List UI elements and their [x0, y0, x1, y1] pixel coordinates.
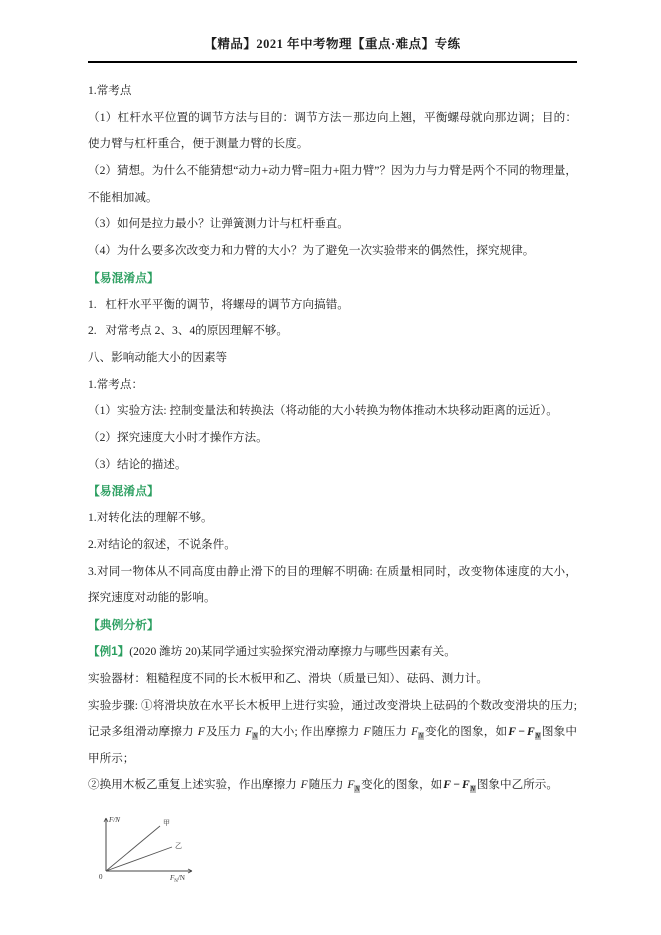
line-jia-label: 甲 — [163, 819, 170, 827]
math-token: FN — [461, 778, 477, 791]
example1-label: 【例1】 — [88, 645, 129, 658]
dianli-title: 【典例分析】 — [88, 612, 577, 639]
math-token: F — [442, 778, 452, 791]
math-subscript: N — [418, 732, 424, 740]
kaodian2-title: 1.常考点： — [88, 372, 577, 399]
text-segment: 图象中乙所示。 — [477, 778, 558, 791]
math-token: F — [197, 725, 206, 738]
yihun2-item: 2.对结论的叙述，不说条件。 — [88, 532, 577, 559]
kaodian1-item: （1）杠杆水平位置的调节方法与目的：调节方法－那边向上翘，平衡螺母就向那边调；目… — [88, 105, 577, 158]
y-axis-label: F/N — [108, 816, 120, 824]
yihun2-title: 【易混淆点】 — [88, 478, 577, 505]
kaodian1-item: （2）猜想。为什么不能猜想“动力+动力臂=阻力+阻力臂”？因为力与力臂是两个不同… — [88, 158, 577, 211]
math-token: FN — [346, 778, 361, 791]
document-title: 【精品】2021 年中考物理【重点·难点】专练 — [204, 37, 460, 51]
friction-graph-figure: 0 F/N FN/N 甲 乙 — [92, 811, 577, 894]
example1-intro: (2020 潍坊 20)某同学通过实验探究滑动摩擦力与哪些因素有关。 — [129, 645, 456, 658]
document-body: 1.常考点 （1）杠杆水平位置的调节方法与目的：调节方法－那边向上翘，平衡螺母就… — [88, 78, 577, 894]
math-subscript: N — [252, 732, 258, 740]
kaodian1-item: （3）如何是拉力最小？让弹簧测力计与杠杆垂直。 — [88, 211, 577, 238]
math-subscript: N — [535, 732, 541, 740]
line-jia — [106, 826, 160, 871]
math-subscript: N — [470, 785, 476, 793]
friction-graph: 0 F/N FN/N 甲 乙 — [92, 811, 202, 883]
text-segment: 随压力 — [309, 778, 347, 791]
x-axis-label: FN/N — [169, 874, 185, 883]
text-segment: 随压力 — [372, 725, 410, 738]
text-segment: 变化的图象，如 — [425, 725, 507, 738]
kaodian2-item: （2）探究速度大小时才操作方法。 — [88, 425, 577, 452]
math-token: FN — [410, 725, 425, 738]
text-segment: ②换用木板乙重复上述实验，作出摩擦力 — [88, 778, 300, 791]
yihun1-item: 2. 对常考点 2、3、4的原因理解不够。 — [88, 318, 577, 345]
example1-step1: 实验步骤: ①将滑块放在水平长木板甲上进行实验，通过改变滑块上砝码的个数改变滑块… — [88, 693, 577, 773]
math-token: FN — [244, 725, 259, 738]
math-subscript: N — [354, 785, 360, 793]
math-token: F — [300, 778, 309, 791]
text-segment: 的大小; 作出摩擦力 — [259, 725, 362, 738]
line-yi-label: 乙 — [175, 842, 182, 850]
yihun2-item: 1.对转化法的理解不够。 — [88, 505, 577, 532]
kaodian2-item: （3）结论的描述。 — [88, 452, 577, 479]
yihun2-item: 3.对同一物体从不同高度由静止滑下的目的理解不明确: 在质量相同时，改变物体速度… — [88, 559, 577, 612]
math-token: − — [517, 725, 526, 738]
kaodian1-item: （4）为什么要多次改变力和力臂的大小？为了避免一次实验带来的偶然性，探究规律。 — [88, 238, 577, 265]
document-header: 【精品】2021 年中考物理【重点·难点】专练 — [88, 34, 577, 63]
kaodian1-title: 1.常考点 — [88, 78, 577, 105]
document-page: 【精品】2021 年中考物理【重点·难点】专练 1.常考点 （1）杠杆水平位置的… — [0, 0, 661, 935]
kaodian2-item: （1）实验方法: 控制变量法和转换法（将动能的大小转换为物体推动木块移动距离的远… — [88, 398, 577, 425]
text-segment: 变化的图象，如 — [361, 778, 442, 791]
line-yi — [106, 847, 172, 871]
example1-step2: ②换用木板乙重复上述实验，作出摩擦力 F随压力 FN变化的图象，如F−FN图象中… — [88, 772, 577, 799]
origin-label: 0 — [99, 873, 103, 881]
math-token: F — [507, 725, 517, 738]
example1-heading: 【例1】(2020 潍坊 20)某同学通过实验探究滑动摩擦力与哪些因素有关。 — [88, 639, 577, 666]
example1-equipment: 实验器材：粗糙程度不同的长木板甲和乙、滑块（质量已知）、砝码、测力计。 — [88, 666, 577, 693]
math-token: − — [452, 778, 461, 791]
yihun1-title: 【易混淆点】 — [88, 265, 577, 292]
text-segment: 及压力 — [206, 725, 244, 738]
yihun1-item: 1. 杠杆水平平衡的调节，将螺母的调节方向搞错。 — [88, 292, 577, 319]
section8-title: 八、影响动能大小的因素等 — [88, 345, 577, 372]
math-token: F — [363, 725, 372, 738]
math-token: FN — [526, 725, 542, 738]
